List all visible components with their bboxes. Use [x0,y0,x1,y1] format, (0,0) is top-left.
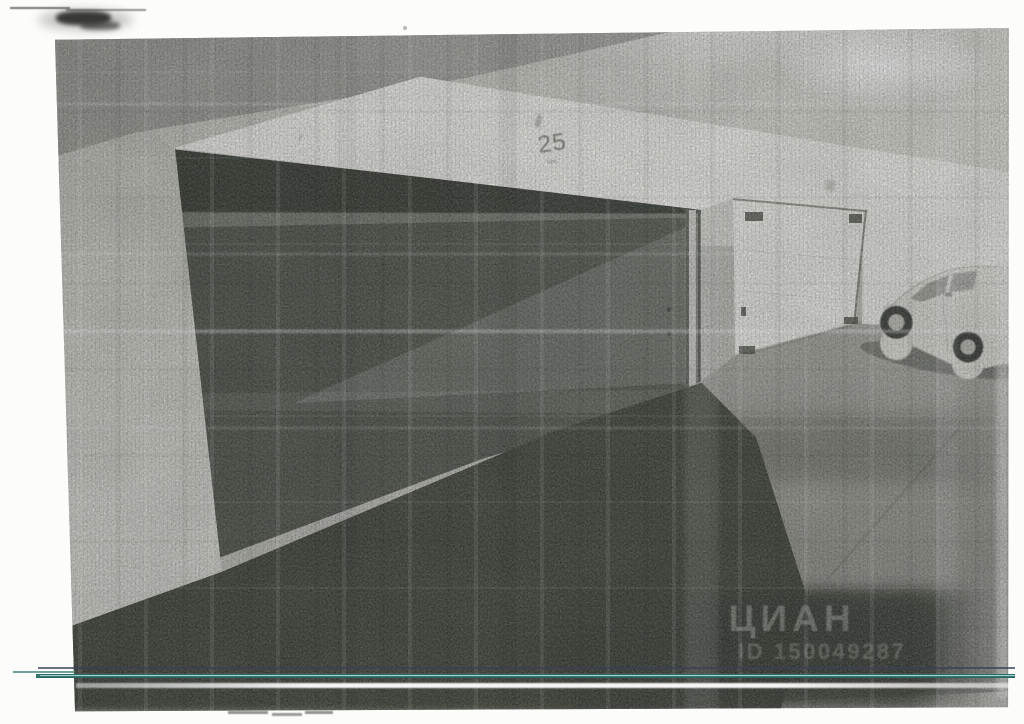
ink-streak [10,7,70,9]
ink-smudge-bottom [305,711,333,714]
ink-blob [80,21,120,30]
scan-line-cyan [40,675,1015,676]
ink-smudge-bottom [228,711,268,714]
scan-line-teal-left [13,671,75,673]
garage-photo: 25 [55,26,1009,712]
scan-line-navy [38,667,1015,669]
dust-speck [403,26,407,30]
scanned-page: 25 [0,0,1024,724]
ink-smudge-artifact [8,3,153,35]
scan-line-white [76,683,1012,688]
photocopy-grain [55,26,1009,712]
ink-smudge-bottom [272,713,302,716]
